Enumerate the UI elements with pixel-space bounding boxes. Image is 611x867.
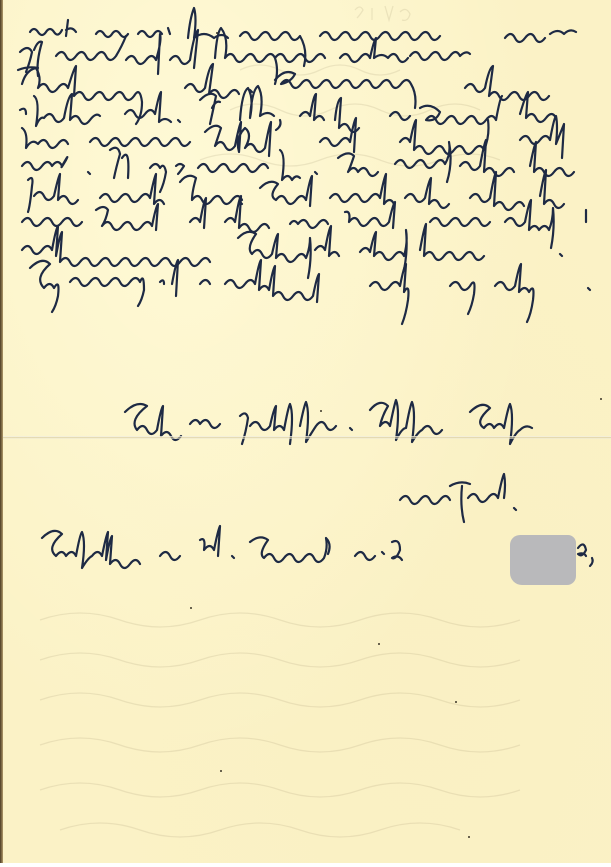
ink-speck: [600, 398, 602, 400]
postscript: Grüße bitte an Fam. Wunsch u. [redacted]…: [40, 542, 600, 558]
ink-speck: [220, 770, 222, 772]
ink-speck: [190, 607, 192, 609]
body-line-9: willkommene Gelegenheit überzugehen.: [22, 240, 592, 256]
body-line-5: kein derartiger Mißgriff mehr getan: [22, 130, 592, 146]
body-line-3: Anstrengung gehen. Krankenträger bin: [22, 76, 592, 92]
page-left-edge: [0, 0, 3, 863]
signature: Dein Paul.: [398, 488, 548, 504]
body-line-7: bisher nichts Neues. Alles wartet auf se…: [22, 186, 592, 202]
body-line-1: wark, was mir sehr unangenehmen war.: [22, 22, 592, 38]
body-line-2: Ich konnte mich erst bemühen wieder an: [22, 48, 592, 64]
ink-speck: [468, 836, 470, 838]
body-line-10: Gegenwärtig ist es verhältnismäßig ruhig…: [22, 272, 592, 288]
ink-speck: [455, 701, 457, 703]
paper-fold-line: [0, 436, 611, 439]
body-line-6: wird. Jetzt geht es wieder gut. Wir hatt…: [22, 158, 592, 174]
body-line-8: neues Urlaub ist für den Feind eine: [22, 212, 592, 228]
closing-farewell: Lasse Dir gutgehen. Herzlichen Gruß: [122, 410, 592, 426]
ink-speck: [378, 643, 380, 645]
body-line-4: ich absolut nicht. Ich hoffe, daß in Zuk…: [22, 104, 592, 120]
letter-page: wark, was mir sehr unangenehmen war. Ich…: [0, 0, 611, 863]
scan-bottom-margin: [0, 863, 611, 867]
